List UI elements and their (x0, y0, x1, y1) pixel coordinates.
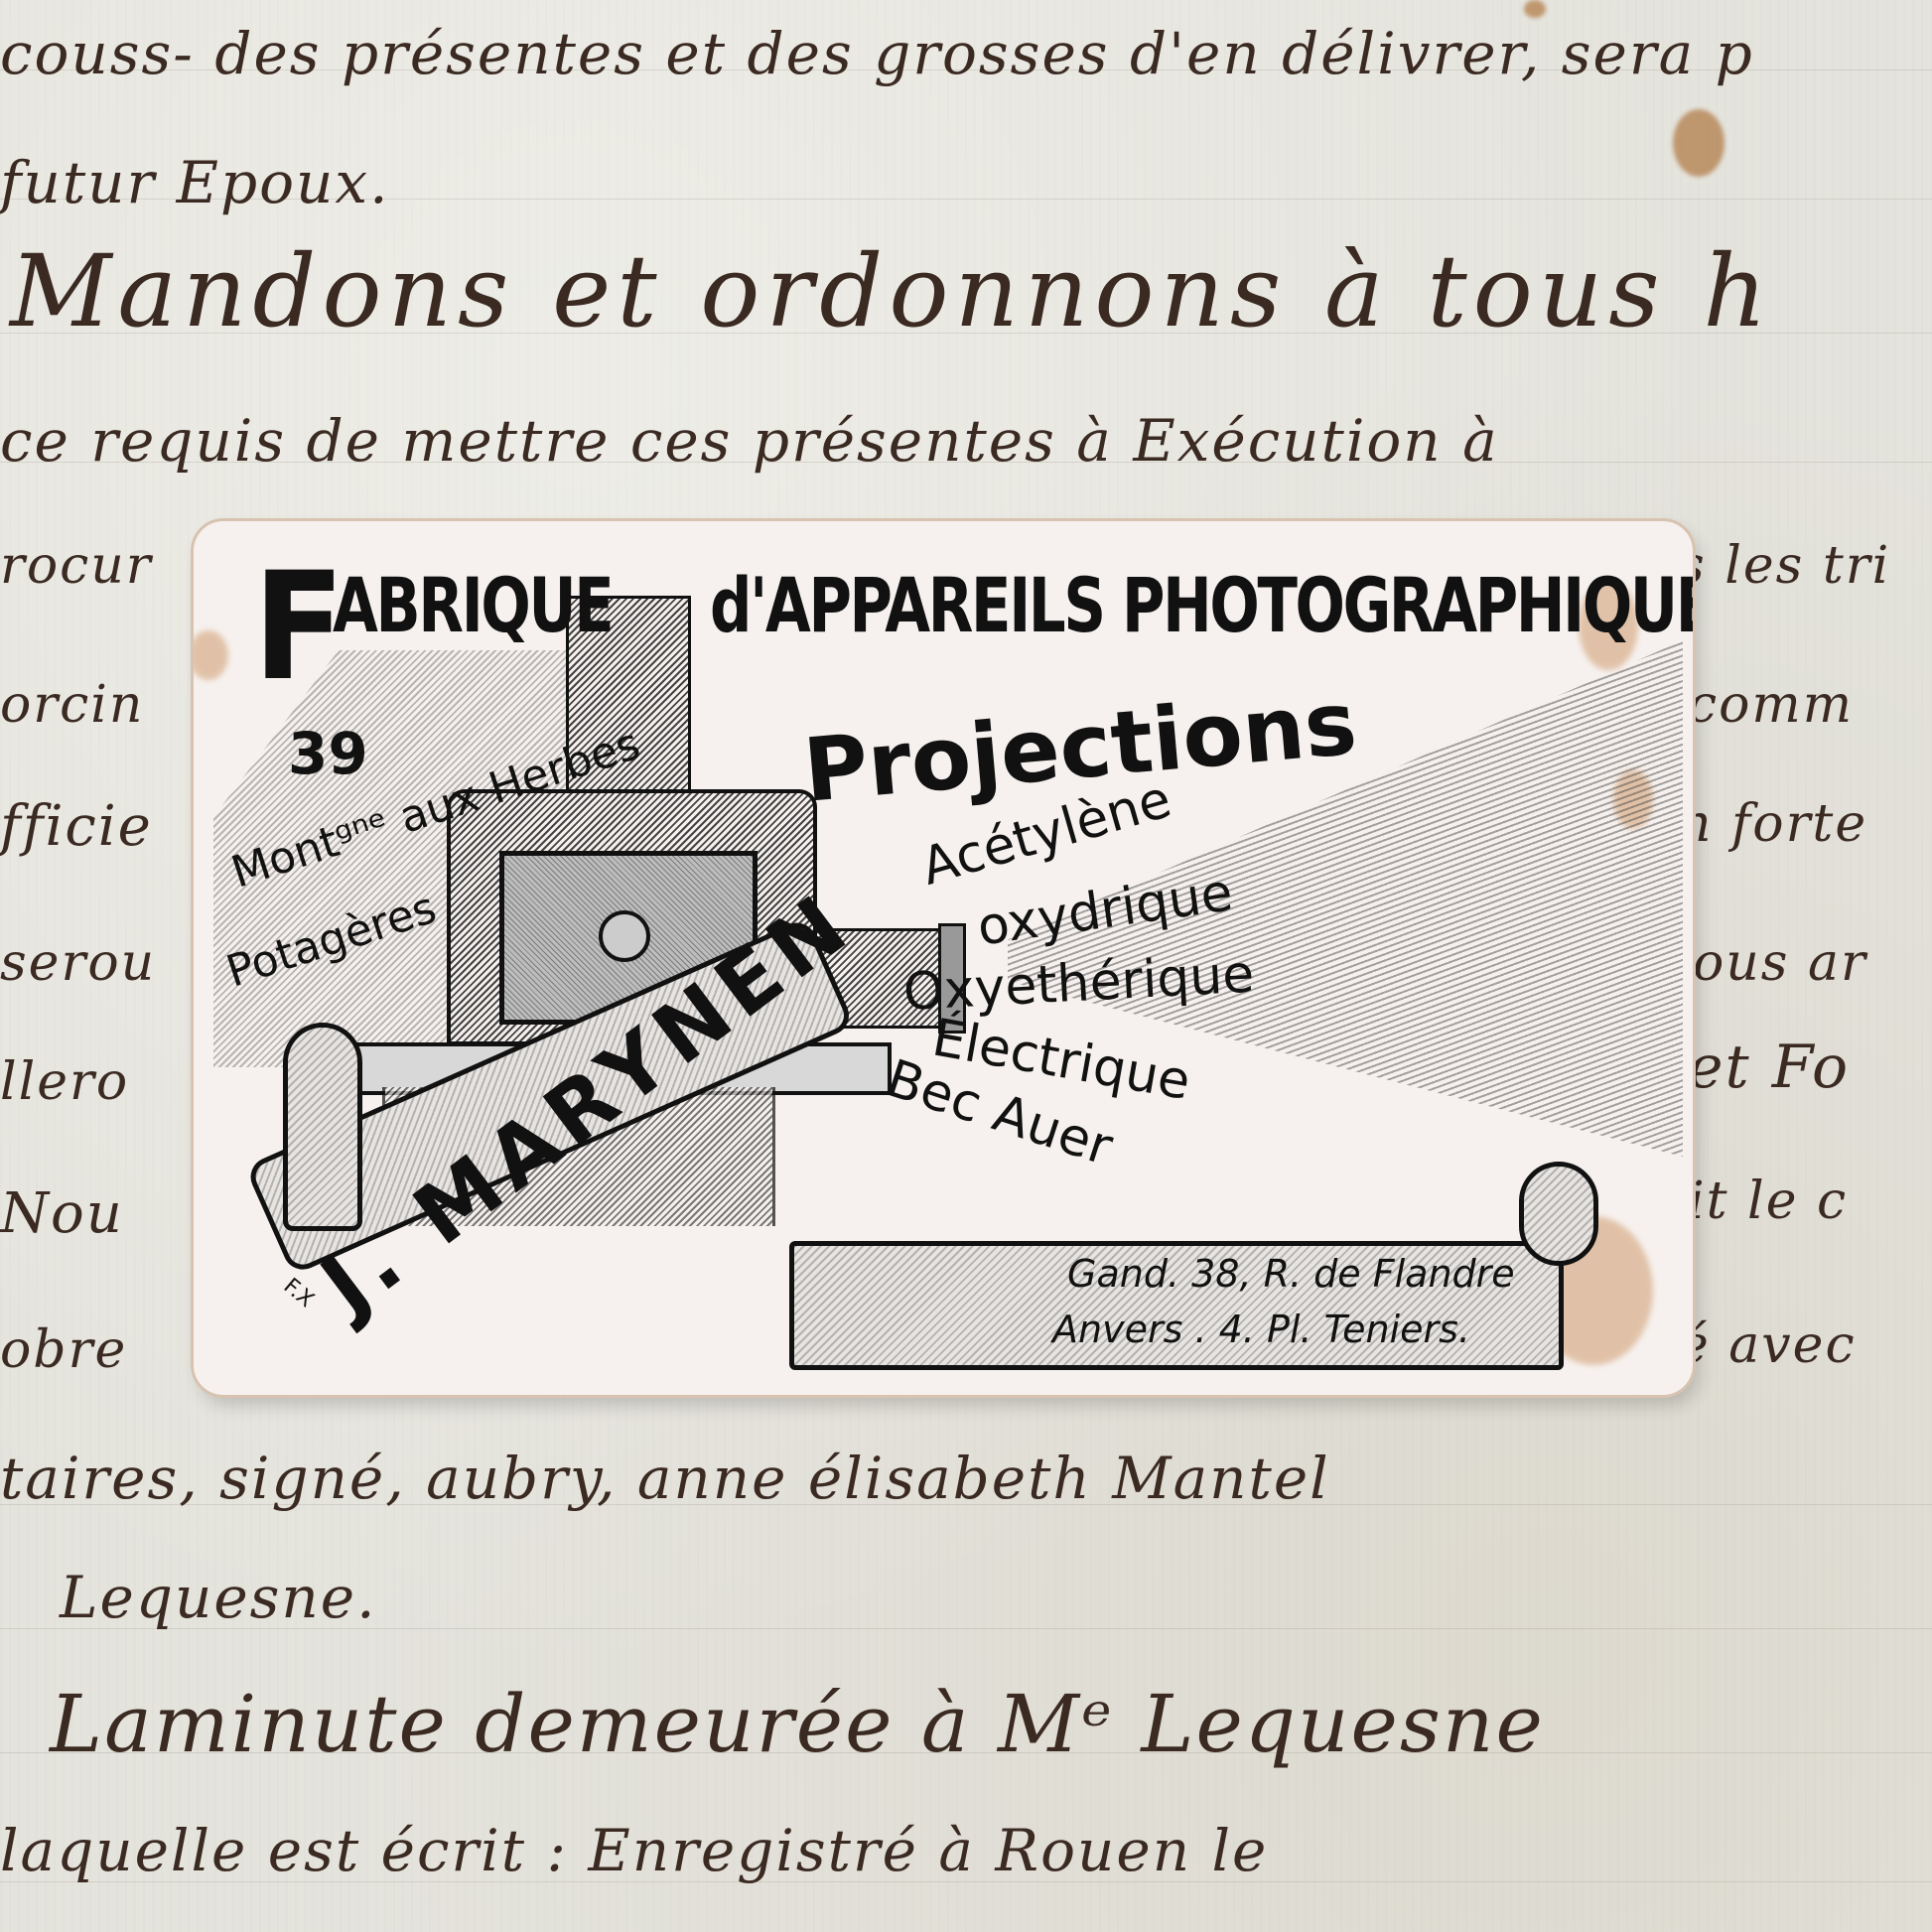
right-fragment-7: é avec (1678, 1315, 1857, 1375)
branch-addresses: Gand. 38, R. de Flandre Anvers . 4. Pl. … (948, 1246, 1515, 1357)
manuscript-line-3: Mandons et ordonnons à tous h (10, 233, 1773, 349)
left-fragment-1: rocur (0, 536, 153, 596)
branch-anvers: Anvers . 4. Pl. Teniers. (948, 1302, 1515, 1357)
manuscript-line-7: Lequesne. (60, 1564, 377, 1631)
business-card: F ABRIQUE d'APPAREILS PHOTOGRAPHIQUES. P… (194, 521, 1693, 1395)
right-fragment-4: ous ar (1693, 933, 1867, 993)
right-fragment-2: comm (1688, 675, 1854, 735)
title-initial: F (253, 541, 345, 714)
manuscript-line-4: ce requis de mettre ces présentes à Exéc… (0, 407, 1499, 475)
title-word: ABRIQUE (333, 561, 612, 649)
right-fragment-1: s les tri (1678, 536, 1890, 596)
left-fragment-6: Nou (0, 1181, 124, 1246)
title-subject: d'APPAREILS PHOTOGRAPHIQUES. (710, 561, 1693, 649)
manuscript-line-8: laquelle est écrit : Enregistré à Rouen … (0, 1817, 1268, 1884)
ribbon-curl-right (1519, 1162, 1598, 1266)
left-fragment-3: fficie (0, 794, 153, 859)
right-fragment-5: et Fo (1688, 1033, 1850, 1102)
left-fragment-4: serou (0, 933, 156, 993)
left-fragment-7: obre (0, 1320, 127, 1380)
manuscript-line-1: couss- des présentes et des grosses d'en… (0, 20, 1754, 87)
manuscript-line-6: taires, signé, aubry, anne élisabeth Man… (0, 1445, 1330, 1512)
engraver-mark: F.X (279, 1274, 319, 1312)
branch-gand: Gand. 38, R. de Flandre (948, 1246, 1515, 1302)
manuscript-line-2: futur Epoux. (0, 149, 390, 216)
lantern-knob (599, 910, 650, 962)
address-number: 39 (288, 720, 368, 787)
ribbon-curl-left (283, 1023, 362, 1231)
left-fragment-2: orcin (0, 675, 144, 735)
left-fragment-5: llero (0, 1052, 129, 1112)
right-fragment-3: n forte (1678, 794, 1867, 854)
manuscript-line-5: Laminute demeurée à Mᵉ Lequesne (50, 1678, 1545, 1770)
right-fragment-6: it le c (1688, 1172, 1848, 1231)
